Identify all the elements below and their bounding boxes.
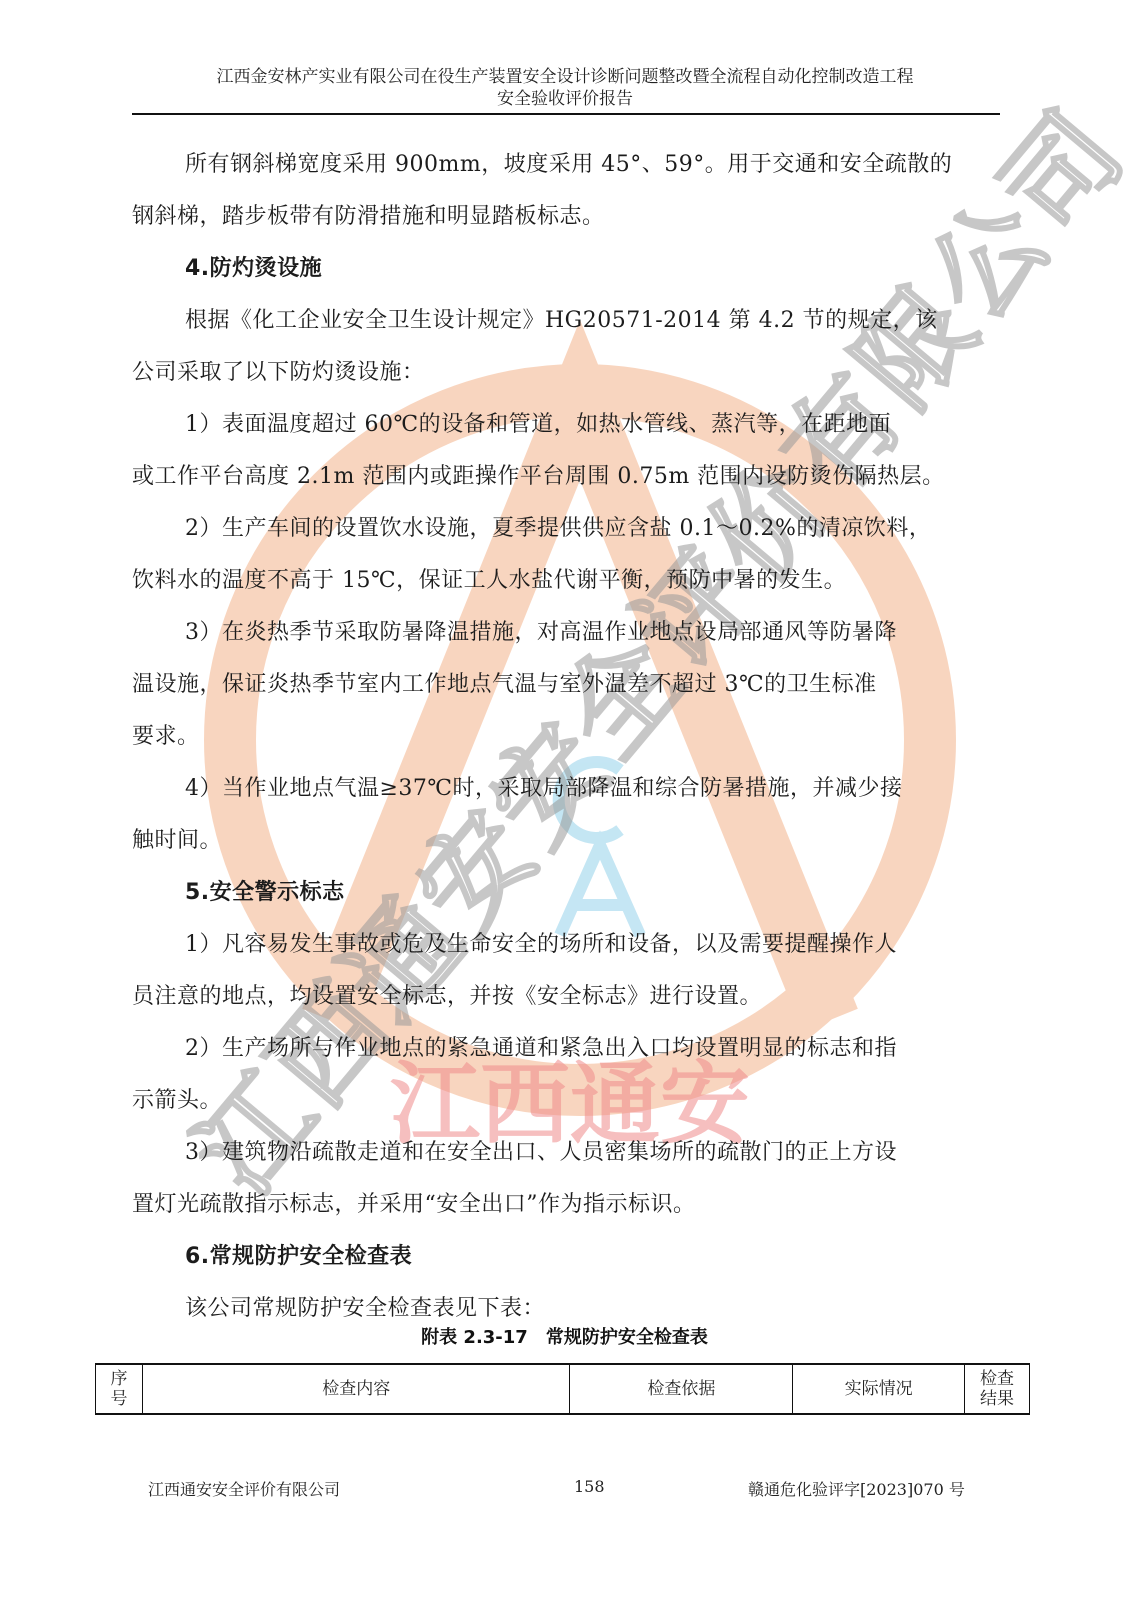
- table-header-row: 序 号 检查内容 检查依据 实际情况 检查 结果: [96, 1364, 1030, 1414]
- paragraph-line: 置灯光疏散指示标志，并采用“安全出口”作为指示标识。: [132, 1192, 696, 1218]
- paragraph-line: 根据《化工企业安全卫生设计规定》HG20571-2014 第 4.2 节的规定，…: [185, 308, 938, 334]
- column-header-content: 检查内容: [142, 1364, 570, 1414]
- paragraph-line: 2）生产车间的设置饮水设施，夏季提供供应含盐 0.1～0.2%的清凉饮料，: [185, 516, 931, 542]
- paragraph-line: 1）表面温度超过 60℃的设备和管道，如热水管线、蒸汽等，在距地面: [185, 412, 891, 438]
- paragraph-line: 1）凡容易发生事故或危及生命安全的场所和设备，以及需要提醒操作人: [185, 932, 897, 958]
- paragraph-line: 该公司常规防护安全检查表见下表：: [185, 1296, 545, 1322]
- paragraph-line: 或工作平台高度 2.1m 范围内或距操作平台周围 0.75m 范围内设防烫伤隔热…: [132, 464, 945, 490]
- column-header-index: 序 号: [96, 1364, 143, 1414]
- section-heading-5: 5.安全警示标志: [185, 880, 345, 906]
- paragraph-line: 要求。: [132, 724, 200, 750]
- paragraph-line: 3）建筑物沿疏散走道和在安全出口、人员密集场所的疏散门的正上方设: [185, 1140, 897, 1166]
- document-page: 江西通安 江西通安安全评价有限公司 江西金安林产实业有限公司在役生产装置安全设计…: [0, 0, 1129, 1600]
- running-header: 江西金安林产实业有限公司在役生产装置安全设计诊断问题整改暨全流程自动化控制改造工…: [132, 66, 998, 110]
- section-heading-4: 4.防灼烫设施: [185, 256, 322, 282]
- header-title-line1: 江西金安林产实业有限公司在役生产装置安全设计诊断问题整改暨全流程自动化控制改造工…: [132, 66, 998, 88]
- paragraph-line: 饮料水的温度不高于 15℃，保证工人水盐代谢平衡，预防中暑的发生。: [132, 568, 846, 594]
- column-header-result: 检查 结果: [965, 1364, 1030, 1414]
- footer-doc-number: 赣通危化验评字[2023]070 号: [748, 1477, 965, 1500]
- safety-checklist-table: 序 号 检查内容 检查依据 实际情况 检查 结果: [95, 1363, 1030, 1415]
- paragraph-line: 所有钢斜梯宽度采用 900mm，坡度采用 45°、59°。用于交通和安全疏散的: [185, 152, 952, 178]
- section-heading-6: 6.常规防护安全检查表: [185, 1244, 412, 1270]
- paragraph-line: 2）生产场所与作业地点的紧急通道和紧急出入口均设置明显的标志和指: [185, 1036, 897, 1062]
- table-caption: 附表 2.3-17 常规防护安全检查表: [0, 1323, 1129, 1349]
- column-header-basis: 检查依据: [570, 1364, 793, 1414]
- paragraph-line: 示箭头。: [132, 1088, 222, 1114]
- footer-page-number: 158: [574, 1477, 605, 1496]
- paragraph-line: 3）在炎热季节采取防暑降温措施，对高温作业地点设局部通风等防暑降: [185, 620, 897, 646]
- column-header-actual: 实际情况: [793, 1364, 965, 1414]
- paragraph-line: 温设施，保证炎热季节室内工作地点气温与室外温差不超过 3℃的卫生标准: [132, 672, 877, 698]
- header-divider: [132, 113, 1000, 115]
- footer-company: 江西通安安全评价有限公司: [148, 1477, 340, 1500]
- header-title-line2: 安全验收评价报告: [132, 88, 998, 110]
- paragraph-line: 钢斜梯，踏步板带有防滑措施和明显踏板标志。: [132, 204, 605, 230]
- paragraph-line: 4）当作业地点气温≥37℃时，采取局部降温和综合防暑措施，并减少接: [185, 776, 903, 802]
- paragraph-line: 员注意的地点，均设置安全标志，并按《安全标志》进行设置。: [132, 984, 762, 1010]
- paragraph-line: 触时间。: [132, 828, 222, 854]
- paragraph-line: 公司采取了以下防灼烫设施：: [132, 360, 425, 386]
